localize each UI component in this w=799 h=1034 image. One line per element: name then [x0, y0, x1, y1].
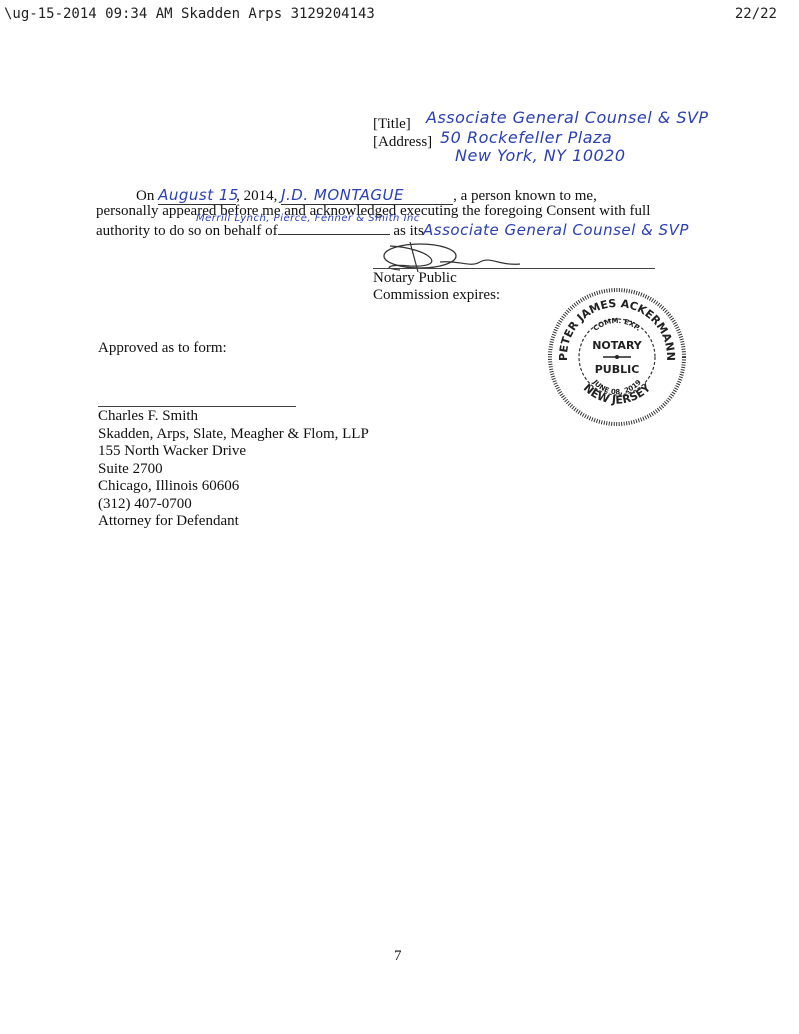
address-line-1: 50 Rockefeller Plaza [440, 128, 612, 147]
role-value: Associate General Counsel & SVP [423, 221, 689, 239]
seal-notary: NOTARY [592, 339, 643, 352]
notary-signature-line [373, 268, 655, 269]
year-text: , 2014, [236, 188, 277, 204]
title-label: [Title] [373, 116, 411, 133]
approval-signature-line [98, 406, 296, 407]
firm-name: Skadden, Arps, Slate, Meagher & Flom, LL… [98, 426, 369, 444]
notary-seal: PETER JAMES ACKERMANN NEW JERSEY COMM. E… [547, 287, 687, 427]
commission-expires-label: Commission expires: [373, 287, 500, 304]
known-text: , a person known to me, [453, 188, 597, 204]
city-state-zip: Chicago, Illinois 60606 [98, 478, 369, 496]
notary-public-label: Notary Public [373, 270, 457, 287]
seal-public: PUBLIC [595, 363, 640, 376]
company-value: Merrill Lynch, Pierce, Fenner & Smith In… [196, 213, 420, 224]
attorney-name: Charles F. Smith [98, 408, 369, 426]
title-value: Associate General Counsel & SVP [426, 108, 709, 127]
suite: Suite 2700 [98, 461, 369, 479]
fax-header-left: \ug-15-2014 09:34 AM Skadden Arps 312920… [4, 6, 375, 22]
fax-page-count: 22/22 [735, 6, 777, 22]
behalf-text: authority to do so on behalf of [96, 223, 278, 239]
on-text: On [136, 188, 154, 204]
svg-text:COMM. EXP.: COMM. EXP. [592, 317, 642, 333]
seal-comm-exp: COMM. EXP. [592, 317, 642, 333]
address-label: [Address] [373, 134, 432, 151]
street-address: 155 North Wacker Drive [98, 443, 369, 461]
approved-label: Approved as to form: [98, 340, 227, 357]
address-line-2: New York, NY 10020 [455, 146, 626, 165]
phone: (312) 407-0700 [98, 496, 369, 514]
attorney-role: Attorney for Defendant [98, 513, 369, 531]
page-number: 7 [394, 948, 402, 965]
as-its-text: as its [393, 223, 423, 239]
notary-signature [370, 238, 540, 272]
attorney-block: Charles F. Smith Skadden, Arps, Slate, M… [98, 408, 369, 531]
